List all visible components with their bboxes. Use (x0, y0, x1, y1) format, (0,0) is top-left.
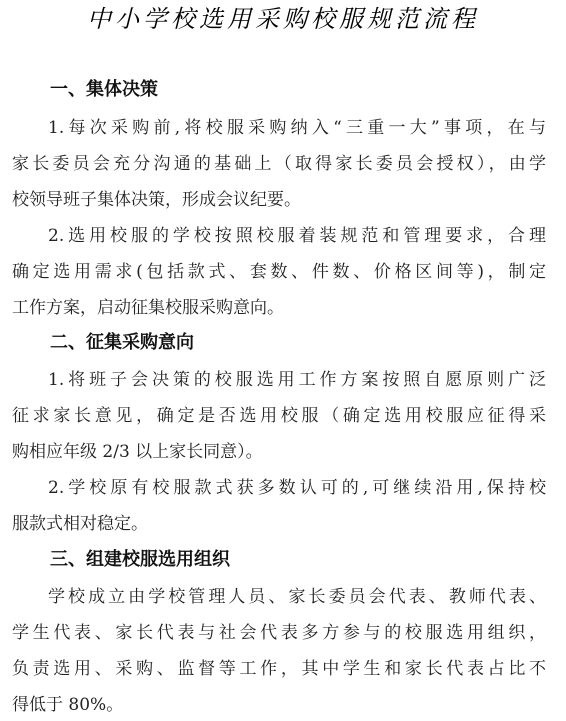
paragraph-line: 家长委员会充分沟通的基础上（取得家长委员会授权），由学 (12, 146, 546, 182)
paragraph-line: 得低于 80%。 (12, 687, 546, 721)
document-title: 中小学校选用采购校服规范流程 (0, 2, 566, 36)
paragraph-line: 2.选用校服的学校按照校服着装规范和管理要求，合理 (48, 218, 546, 254)
section-heading-selection-organization: 三、组建校服选用组织 (50, 542, 230, 578)
paragraph-line: 2.学校原有校服款式获多数认可的,可继续沿用,保持校 (48, 470, 546, 506)
section-heading-collect-intent: 二、征集采购意向 (50, 325, 194, 361)
paragraph-line: 学校成立由学校管理人员、家长委员会代表、教师代表、 (48, 579, 546, 615)
section-heading-collective-decision: 一、集体决策 (50, 72, 158, 108)
paragraph-line: 确定选用需求(包括款式、套数、件数、价格区间等)，制定 (12, 254, 546, 290)
paragraph-line: 征求家长意见，确定是否选用校服（确定选用校服应征得采 (12, 398, 546, 434)
paragraph-line: 负责选用、采购、监督等工作，其中学生和家长代表占比不 (12, 651, 546, 687)
paragraph-line: 工作方案，启动征集校服采购意向。 (12, 290, 546, 326)
paragraph-line: 1.每次采购前,将校服采购纳入“三重一大”事项，在与 (48, 110, 546, 146)
paragraph-line: 购相应年级 2/3 以上家长同意）。 (12, 434, 546, 470)
paragraph-line: 学生代表、家长代表与社会代表多方参与的校服选用组织， (12, 615, 546, 651)
paragraph-line: 服款式相对稳定。 (12, 506, 546, 542)
paragraph-line: 1.将班子会决策的校服选用工作方案按照自愿原则广泛 (48, 362, 546, 398)
paragraph-line: 校领导班子集体决策，形成会议纪要。 (12, 182, 546, 218)
